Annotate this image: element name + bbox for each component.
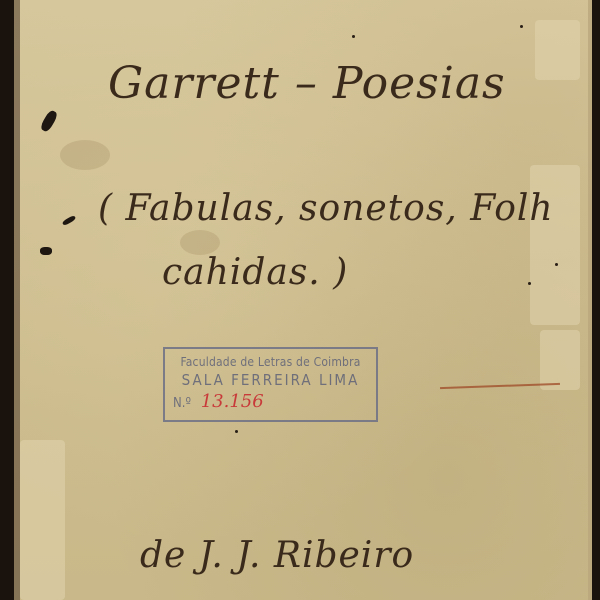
stain — [60, 140, 110, 170]
stamp-number-row: N.º 13.156 — [173, 391, 368, 412]
paper-wear-patch — [540, 330, 580, 390]
paper-wear-patch — [535, 20, 580, 80]
library-stamp: Faculdade de Letras de Coimbra SALA FERR… — [163, 347, 378, 422]
stamp-accession-number: 13.156 — [201, 391, 264, 412]
paper-wear-patch — [20, 440, 65, 600]
ink-dot — [235, 430, 238, 433]
stamp-collection: SALA FERREIRA LIMA — [173, 371, 368, 389]
ink-dot — [352, 35, 355, 38]
ink-dot — [555, 263, 558, 266]
ink-dot — [528, 282, 531, 285]
ink-blot — [40, 247, 52, 255]
ink-dot — [520, 25, 523, 28]
stamp-number-label: N.º — [173, 396, 191, 411]
right-binding-edge — [592, 180, 600, 600]
stamp-institution: Faculdade de Letras de Coimbra — [173, 355, 368, 369]
manuscript-title: Garrett – Poesias — [108, 58, 506, 109]
manuscript-subtitle-line-1: ( Fabulas, sonetos, Folh — [98, 188, 554, 229]
manuscript-subtitle-line-2: cahidas. ) — [162, 252, 348, 293]
manuscript-author: de J. J. Ribeiro — [140, 535, 414, 576]
